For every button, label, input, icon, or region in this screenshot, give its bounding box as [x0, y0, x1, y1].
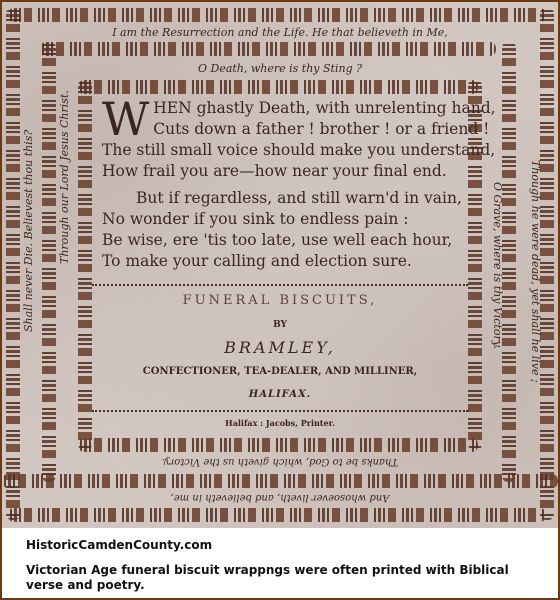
top-verse: I am the Resurrection and the Life. He t… [2, 26, 558, 39]
ornament-border-top-outer [8, 8, 546, 22]
poem-line: To make your calling and election sure. [102, 251, 462, 272]
poem-line: But if regardless, and still warn'd in v… [102, 188, 462, 209]
figure-frame: I am the Resurrection and the Life. He t… [0, 0, 560, 600]
ornament-border-left-outer [6, 8, 20, 520]
ornament-border-bottom-outer [8, 508, 546, 522]
poem-line: Be wise, ere 'tis too late, use well eac… [102, 230, 462, 251]
poem-drop-cap: W [102, 100, 149, 138]
printer-line: Halifax : Jacobs, Printer. [2, 418, 558, 428]
advert-trades: CONFECTIONER, TEA-DEALER, AND MILLINER, [2, 366, 558, 377]
ornament-border-right-outer [540, 8, 554, 520]
advert-town: HALIFAX. [2, 389, 558, 400]
biscuit-wrapper-image: I am the Resurrection and the Life. He t… [2, 2, 558, 528]
poem-line: Cuts down a father ! brother ! or a frie… [102, 119, 462, 140]
ornament-border-left-middle [42, 42, 56, 482]
advert-by: BY [2, 320, 558, 330]
poem-line: How frail you are—how near your final en… [102, 161, 462, 182]
ornament-border-top-middle [40, 42, 496, 56]
poem: W HEN ghastly Death, with unrelenting ha… [102, 98, 462, 272]
poem-line: HEN ghastly Death, with unrelenting hand… [102, 98, 462, 119]
ornament-border-bottom-inner [78, 438, 478, 452]
ornament-border-right-middle [502, 42, 516, 482]
ornament-border-bottom-middle [2, 474, 558, 488]
poem-line: No wonder if you sink to endless pain : [102, 209, 462, 230]
advert-name: BRAMLEY, [2, 338, 558, 357]
left-inner-verse: Through our Lord Jesus Christ. [58, 90, 71, 264]
separator-bottom [92, 410, 468, 412]
caption-source: HistoricCamdenCounty.com [26, 538, 536, 552]
bottom-outer-verse: And whosoever liveth, and believeth in m… [2, 492, 558, 503]
sub-verse: O Death, where is thy Sting ? [2, 62, 558, 75]
caption-description: Victorian Age funeral biscuit wrappngs w… [26, 563, 536, 593]
poem-line: The still small voice should make you un… [102, 140, 462, 161]
bottom-inner-verse: Thanks be to God, which giveth us the Vi… [2, 456, 558, 467]
advert-heading: FUNERAL BISCUITS, [2, 293, 558, 308]
separator-top [92, 284, 468, 286]
